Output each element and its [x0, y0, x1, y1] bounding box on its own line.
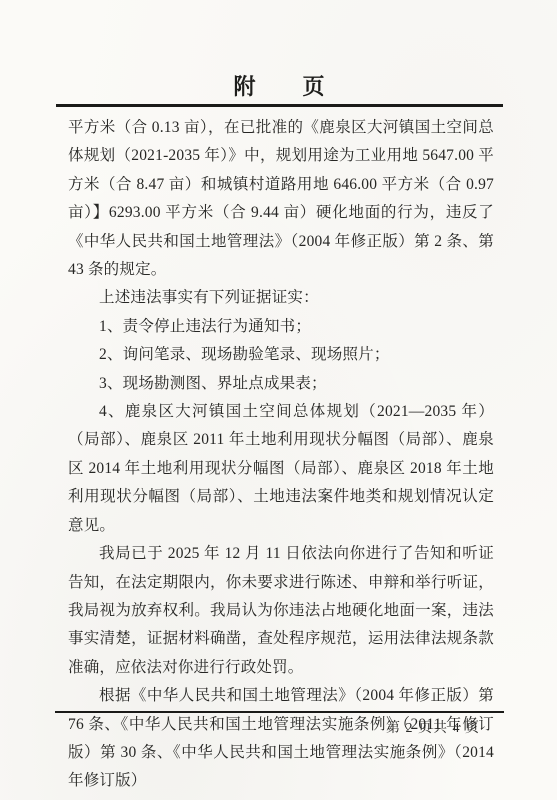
paragraph-evidence-item-2: 2、询问笔录、现场勘验笔录、现场照片；: [68, 341, 494, 369]
page-number: 第 2 页共 4 页: [55, 713, 504, 737]
page-title: 附 页: [56, 74, 503, 100]
paragraph-evidence-intro: 上述违法事实有下列证据证实：: [68, 284, 494, 312]
document-page: 附 页 平方米（合 0.13 亩），在已批准的《鹿泉区大河镇国土空间总体规划（2…: [0, 0, 557, 800]
page-footer: 第 2 页共 4 页: [55, 711, 504, 737]
document-body: 平方米（合 0.13 亩），在已批准的《鹿泉区大河镇国土空间总体规划（2021-…: [56, 107, 503, 796]
page-content: 附 页 平方米（合 0.13 亩），在已批准的《鹿泉区大河镇国土空间总体规划（2…: [56, 74, 503, 796]
paragraph-evidence-item-1: 1、责令停止违法行为通知书；: [68, 313, 494, 341]
paragraph-legal-basis: 根据《中华人民共和国土地管理法》（2004 年修正版）第 76 条、《中华人民共…: [68, 682, 494, 796]
paragraph-evidence-item-4: 4、鹿泉区大河镇国土空间总体规划（2021—2035 年）（局部）、鹿泉区 20…: [68, 398, 494, 540]
paragraph-notification: 我局已于 2025 年 12 月 11 日依法向你进行了告知和听证告知，在法定期…: [68, 540, 494, 682]
paragraph-evidence-item-3: 3、现场勘测图、界址点成果表；: [68, 370, 494, 398]
paragraph-continuation: 平方米（合 0.13 亩），在已批准的《鹿泉区大河镇国土空间总体规划（2021-…: [68, 114, 494, 284]
